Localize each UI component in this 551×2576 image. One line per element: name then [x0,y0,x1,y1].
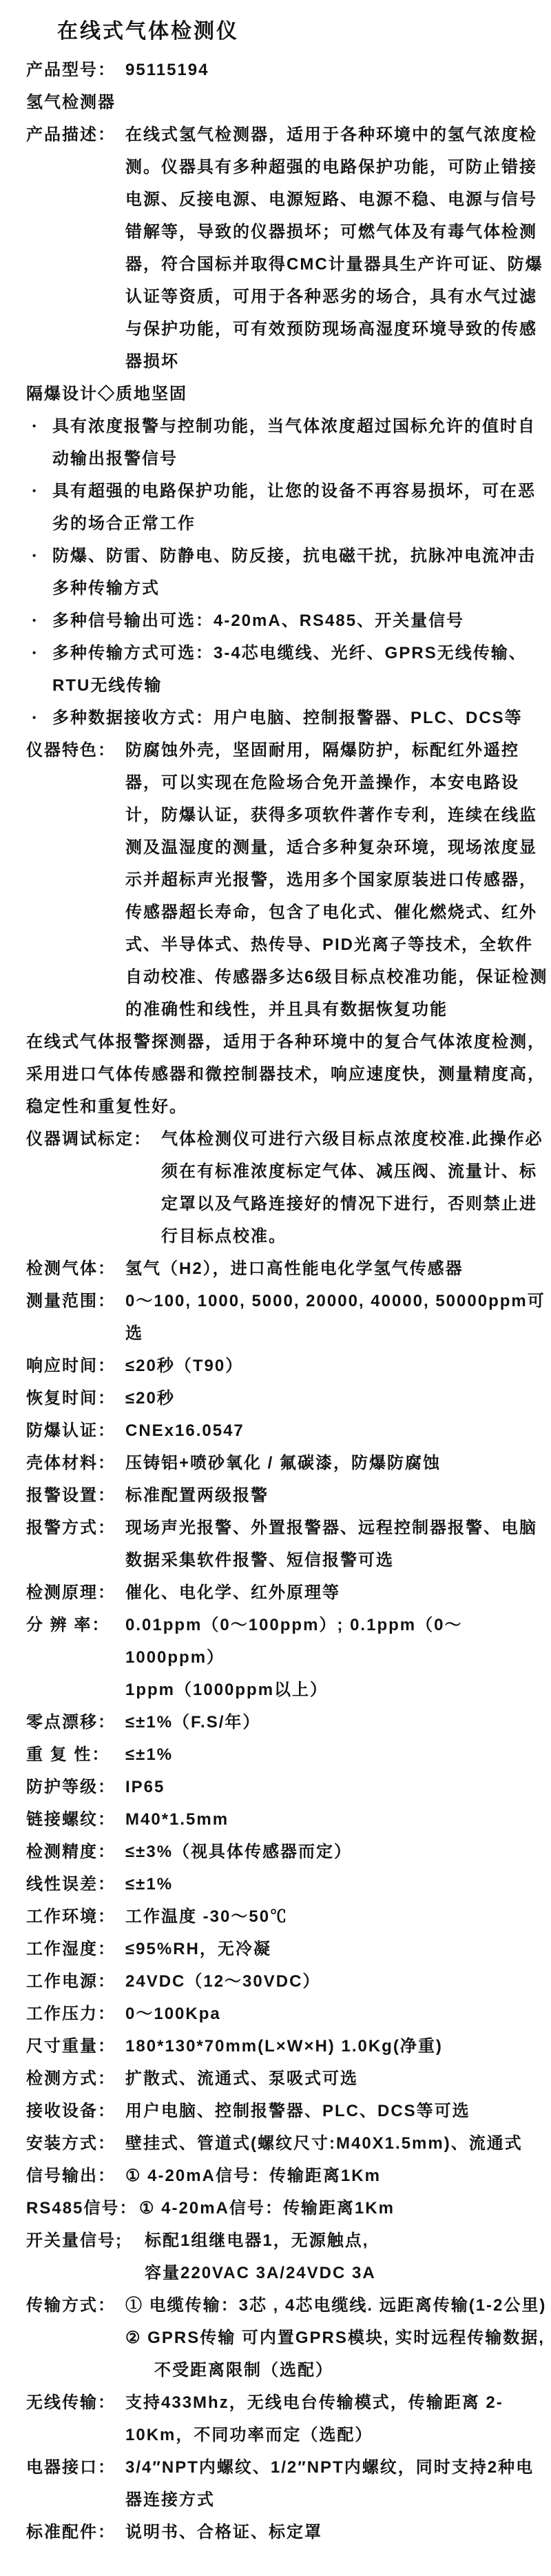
spec-value: 0～100Kpa [125,1998,548,2030]
spec-label: 响应时间： [26,1350,116,1382]
spec-value: 180*130*70mm(L×W×H) 1.0Kg(净重) [125,2030,548,2062]
spec-label: 工作压力： [26,1998,116,2030]
spec-value: 24VDC（12～30VDC） [125,1965,548,1998]
bullet-item: •具有浓度报警与控制功能，当气体浓度超过国标允许的值时自动输出报警信号 [26,410,548,475]
spec-value: 在线式氢气检测器，适用于各种环境中的氢气浓度检测。仪器具有多种超强的电路保护功能… [125,119,548,378]
spec-value: 氢气（H2），进口高性能电化学氢气传感器 [125,1252,548,1285]
spec-row: 产品描述：在线式氢气检测器，适用于各种环境中的氢气浓度检测。仪器具有多种超强的电… [26,119,548,378]
paragraph: 在线式气体报警探测器，适用于各种环境中的复合气体浓度检测，采用进口气体传感器和微… [26,1026,548,1123]
spec-row: 零点漂移：≤±1%（F.S/年） [26,1706,548,1738]
spec-value: 3/4″NPT内螺纹、1/2″NPT内螺纹，同时支持2种电器连接方式 [125,2451,548,2516]
spec-value: ≤±1% [125,1738,548,1771]
spec-label: 重 复 性： [26,1738,110,1771]
spec-label: 尺寸重量： [26,2030,116,2062]
spec-value: 工作温度 -30～50℃ [125,1900,548,1933]
spec-row: 尺寸重量：180*130*70mm(L×W×H) 1.0Kg(净重) [26,2030,548,2062]
spec-label: 链接螺纹： [26,1803,116,1836]
spec-label: 防爆认证： [26,1414,116,1447]
spec-label: 恢复时间： [26,1382,116,1414]
bullet-icon: • [32,540,37,572]
spec-label: 无线传输： [26,2386,116,2419]
spec-value: 标准配置两级报警 [125,1479,548,1512]
spec-label: 检测方式： [26,2062,116,2095]
section-heading: 隔爆设计◇质地坚固 [26,378,548,410]
spec-label: 产品型号： [26,54,116,86]
spec-value: 用户电脑、控制报警器、PLC、DCS等可选 [125,2095,548,2127]
spec-row: 壳体材料：压铸铝+喷砂氧化 / 氟碳漆，防爆防腐蚀 [26,1447,548,1479]
document-body: 产品型号：95115194氢气检测器产品描述：在线式氢气检测器，适用于各种环境中… [26,54,548,2548]
spec-value: ① 4-20mA信号：传输距离1Km [125,2160,548,2192]
spec-label: 电器接口： [26,2451,116,2484]
bullet-item: •多种传输方式可选：3-4芯电缆线、光纤、GPRS无线传输、RTU无线传输 [26,637,548,702]
spec-value: ≤95%RH，无冷凝 [125,1933,548,1965]
spec-row: 传输方式：① 电缆传输：3芯 , 4芯电缆线. 远距离传输(1-2公里)② GP… [26,2289,548,2386]
spec-row: 恢复时间：≤20秒 [26,1382,548,1414]
spec-value: 1ppm（1000ppm以上） [125,1674,548,1706]
spec-row: 报警方式：现场声光报警、外置报警器、远程控制器报警、电脑数据采集软件报警、短信报… [26,1512,548,1576]
spec-label: 仪器调试标定： [26,1123,152,1155]
spec-value: 说明书、合格证、标定罩 [125,2516,548,2548]
spec-row: 安装方式：壁挂式、管道式(螺纹尺寸:M40X1.5mm)、流通式 [26,2127,548,2160]
spec-label: 检测精度： [26,1836,116,1868]
spec-value: ≤20秒（T90） [125,1350,548,1382]
spec-label: 检测原理： [26,1576,116,1609]
bullet-item: •多种数据接收方式：用户电脑、控制报警器、PLC、DCS等 [26,702,548,734]
spec-label: 开关量信号; [26,2224,129,2257]
bullet-text: 多种传输方式可选：3-4芯电缆线、光纤、GPRS无线传输、RTU无线传输 [52,644,527,695]
page-title: 在线式气体检测仪 [57,11,548,52]
spec-label: 信号输出： [26,2160,116,2192]
spec-row: 工作压力：0～100Kpa [26,1998,548,2030]
spec-value: ≤±1%（F.S/年） [125,1706,548,1738]
spec-label: 检测气体： [26,1252,116,1285]
spec-label: 工作电源： [26,1965,116,1998]
spec-row: 信号输出：① 4-20mA信号：传输距离1Km [26,2160,548,2192]
spec-value: 防腐蚀外壳，坚固耐用，隔爆防护，标配红外遥控器，可以实现在危险场合免开盖操作，本… [125,734,548,1026]
spec-label: 产品描述： [26,119,116,151]
spec-value: 现场声光报警、外置报警器、远程控制器报警、电脑数据采集软件报警、短信报警可选 [125,1512,548,1576]
spec-label: 测量范围： [26,1285,116,1317]
spec-row: 产品型号：95115194 [26,54,548,86]
spec-row: 检测原理：催化、电化学、红外原理等 [26,1576,548,1609]
spec-value: 支持433Mhz，无线电台传输模式，传输距离 2-10Km，不同功率而定（选配） [125,2386,548,2451]
spec-row: 分 辨 率：0.01ppm（0～100ppm）; 0.1ppm（0～1000pp… [26,1609,548,1706]
spec-row: 链接螺纹：M40*1.5mm [26,1803,548,1836]
spec-row: 开关量信号; 标配1组继电器1，无源触点,容量220VAC 3A/24VDC 3… [26,2224,548,2289]
bullet-text: 防爆、防雷、防静电、防反接，抗电磁干扰，抗脉冲电流冲击 多种传输方式 [52,547,536,598]
bullet-icon: • [32,702,37,734]
bullet-icon: • [32,637,37,669]
spec-value: ① 4-20mA信号：传输距离1Km [139,2192,548,2224]
bullet-icon: • [32,605,37,637]
spec-row: 重 复 性：≤±1% [26,1738,548,1771]
spec-label: 接收设备： [26,2095,116,2127]
spec-value: 0～100, 1000, 5000, 20000, 40000, 50000pp… [125,1285,548,1350]
spec-row: 响应时间：≤20秒（T90） [26,1350,548,1382]
spec-row: 工作电源：24VDC（12～30VDC） [26,1965,548,1998]
spec-row: 无线传输：支持433Mhz，无线电台传输模式，传输距离 2-10Km，不同功率而… [26,2386,548,2451]
spec-label: 标准配件： [26,2516,116,2548]
spec-value: 标配1组继电器1，无源触点, [145,2224,548,2257]
spec-value: IP65 [125,1771,548,1803]
spec-value: 催化、电化学、红外原理等 [125,1576,548,1609]
bullet-text: 具有超强的电路保护功能，让您的设备不再容易损坏，可在恶劣的场合正常工作 [52,482,536,533]
spec-value: 容量220VAC 3A/24VDC 3A [145,2257,548,2289]
spec-row: 仪器调试标定：气体检测仪可进行六级目标点浓度校准.此操作必须在有标准浓度标定气体… [26,1123,548,1252]
spec-value: 压铸铝+喷砂氧化 / 氟碳漆，防爆防腐蚀 [125,1447,548,1479]
spec-label: 工作湿度： [26,1933,116,1965]
bullet-item: •多种信号输出可选：4-20mA、RS485、开关量信号 [26,605,548,637]
bullet-item: •具有超强的电路保护功能，让您的设备不再容易损坏，可在恶劣的场合正常工作 [26,475,548,540]
spec-document: 在线式气体检测仪 产品型号：95115194氢气检测器产品描述：在线式氢气检测器… [0,0,551,2576]
spec-row: 报警设置：标准配置两级报警 [26,1479,548,1512]
bullet-text: 多种数据接收方式：用户电脑、控制报警器、PLC、DCS等 [52,709,523,727]
spec-value: ≤20秒 [125,1382,548,1414]
spec-label: 报警方式： [26,1512,116,1544]
spec-row: 测量范围：0～100, 1000, 5000, 20000, 40000, 50… [26,1285,548,1350]
spec-row: 工作环境：工作温度 -30～50℃ [26,1900,548,1933]
spec-value: 95115194 [125,54,548,86]
spec-value: CNEx16.0547 [125,1414,548,1447]
spec-row: 防爆认证：CNEx16.0547 [26,1414,548,1447]
spec-row: 仪器特色：防腐蚀外壳，坚固耐用，隔爆防护，标配红外遥控器，可以实现在危险场合免开… [26,734,548,1026]
spec-value: ① 电缆传输：3芯 , 4芯电缆线. 远距离传输(1-2公里) [125,2289,548,2322]
spec-row: 线性误差：≤±1% [26,1868,548,1900]
spec-value: 气体检测仪可进行六级目标点浓度校准.此操作必须在有标准浓度标定气体、减压阀、流量… [161,1123,548,1252]
spec-row: 电器接口：3/4″NPT内螺纹、1/2″NPT内螺纹，同时支持2种电器连接方式 [26,2451,548,2516]
spec-row: 接收设备：用户电脑、控制报警器、PLC、DCS等可选 [26,2095,548,2127]
spec-label: 报警设置： [26,1479,116,1512]
bullet-icon: • [32,475,37,507]
spec-label: 工作环境： [26,1900,116,1933]
bullet-icon: • [32,410,37,443]
spec-label: 零点漂移： [26,1706,116,1738]
spec-value: 扩散式、流通式、泵吸式可选 [125,2062,548,2095]
spec-value: ≤±1% [125,1868,548,1900]
spec-value: ② GPRS传输 可内置GPRS模块, 实时远程传输数据, 不受距离限制（选配） [125,2322,548,2386]
spec-row: RS485信号：① 4-20mA信号：传输距离1Km [26,2192,548,2224]
spec-row: 检测精度：≤±3%（视具体传感器而定） [26,1836,548,1868]
spec-row: 防护等级：IP65 [26,1771,548,1803]
spec-value: ≤±3%（视具体传感器而定） [125,1836,548,1868]
spec-label: 壳体材料： [26,1447,116,1479]
spec-label: 传输方式： [26,2289,116,2322]
spec-row: 检测方式：扩散式、流通式、泵吸式可选 [26,2062,548,2095]
spec-value: 0.01ppm（0～100ppm）; 0.1ppm（0～1000ppm） [125,1609,548,1674]
spec-label: 仪器特色： [26,734,116,767]
bullet-text: 具有浓度报警与控制功能，当气体浓度超过国标允许的值时自动输出报警信号 [52,417,536,468]
spec-row: 工作湿度：≤95%RH，无冷凝 [26,1933,548,1965]
spec-value: 壁挂式、管道式(螺纹尺寸:M40X1.5mm)、流通式 [125,2127,548,2160]
spec-label: 分 辨 率： [26,1609,110,1641]
spec-value: M40*1.5mm [125,1803,548,1836]
spec-row: 标准配件：说明书、合格证、标定罩 [26,2516,548,2548]
spec-label: RS485信号： [26,2192,137,2224]
spec-label: 防护等级： [26,1771,116,1803]
spec-label: 线性误差： [26,1868,116,1900]
bullet-item: •防爆、防雷、防静电、防反接，抗电磁干扰，抗脉冲电流冲击 多种传输方式 [26,540,548,605]
paragraph: 氢气检测器 [26,86,548,119]
bullet-text: 多种信号输出可选：4-20mA、RS485、开关量信号 [52,611,464,630]
spec-label: 安装方式： [26,2127,116,2160]
spec-row: 检测气体：氢气（H2），进口高性能电化学氢气传感器 [26,1252,548,1285]
